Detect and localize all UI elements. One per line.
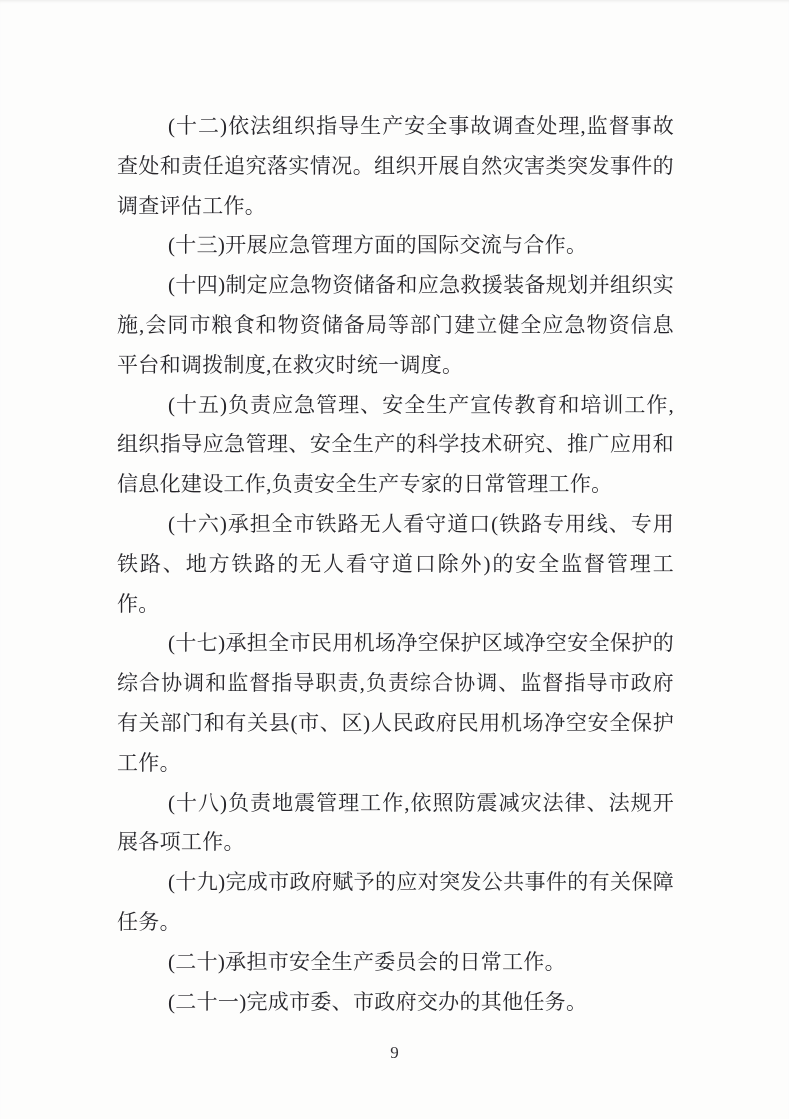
paragraph-item-20: (二十)承担市安全生产委员会的日常工作。: [117, 943, 674, 983]
paragraph-item-14: (十四)制定应急物资储备和应急救援装备规划并组织实施,会同市粮食和物资储备局等部…: [117, 266, 674, 385]
page-number: 9: [0, 1042, 789, 1064]
paragraph-item-17: (十七)承担全市民用机场净空保护区域净空安全保护的综合协调和监督指导职责,负责综…: [117, 624, 674, 783]
document-page: (十二)依法组织指导生产安全事故调查处理,监督事故查处和责任追究落实情况。组织开…: [0, 0, 789, 1119]
paragraph-item-21: (二十一)完成市委、市政府交办的其他任务。: [117, 983, 674, 1023]
paragraph-item-13: (十三)开展应急管理方面的国际交流与合作。: [117, 226, 674, 266]
paragraph-item-19: (十九)完成市政府赋予的应对突发公共事件的有关保障任务。: [117, 863, 674, 943]
document-body: (十二)依法组织指导生产安全事故调查处理,监督事故查处和责任追究落实情况。组织开…: [117, 107, 674, 1022]
paragraph-item-16: (十六)承担全市铁路无人看守道口(铁路专用线、专用铁路、地方铁路的无人看守道口除…: [117, 505, 674, 624]
paragraph-item-15: (十五)负责应急管理、安全生产宣传教育和培训工作,组织指导应急管理、安全生产的科…: [117, 386, 674, 505]
paragraph-item-12: (十二)依法组织指导生产安全事故调查处理,监督事故查处和责任追究落实情况。组织开…: [117, 107, 674, 226]
paragraph-item-18: (十八)负责地震管理工作,依照防震减灾法律、法规开展各项工作。: [117, 784, 674, 864]
